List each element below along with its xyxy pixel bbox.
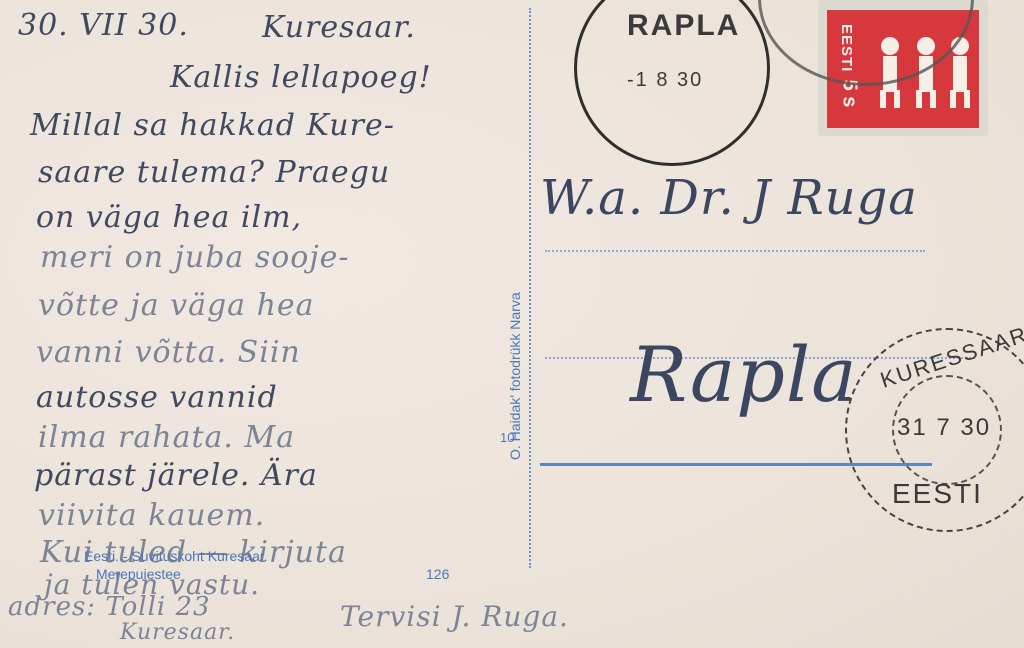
return-address-town: Kuresaar. bbox=[120, 620, 235, 645]
recipient-town: Rapla bbox=[630, 330, 858, 419]
address-line bbox=[545, 250, 925, 252]
message-date: 30. VII 30. bbox=[18, 8, 189, 43]
message-line: vanni võtta. Siin bbox=[36, 335, 301, 370]
message-line: on väga hea ilm, bbox=[36, 200, 302, 235]
divider-line bbox=[529, 8, 531, 568]
recipient-name: W.a. Dr. J Ruga bbox=[540, 170, 918, 226]
message-line: meri on juba sooje- bbox=[40, 240, 350, 275]
postmark-country: EESTI bbox=[892, 478, 983, 510]
message-line: ilma rahata. Ma bbox=[38, 420, 295, 455]
message-line: võtte ja väga hea bbox=[38, 288, 315, 323]
signature: Tervisi J. Ruga. bbox=[340, 600, 569, 633]
message-line: Kallis lellapoeg! bbox=[170, 60, 432, 95]
message-line: autosse vannid bbox=[36, 380, 278, 415]
publisher-imprint: O. Haidak' fotodrükk Narva bbox=[507, 292, 523, 460]
caption-line1: Eesti. - Suvituskoht Kuresaar. bbox=[84, 548, 268, 564]
message-line: Millal sa hakkad Kure- bbox=[30, 108, 395, 143]
message-place: Kuresaar. bbox=[262, 10, 416, 45]
message-line: pärast järele. Ära bbox=[34, 458, 318, 493]
return-address: adres: Tolli 23 bbox=[8, 592, 211, 622]
postmark-rapla: RAPLA -1 8 30 bbox=[574, 0, 770, 166]
postcard-back: 30. VII 30. Kuresaar. Kallis lellapoeg! … bbox=[0, 0, 1024, 648]
caption-number: 126 bbox=[426, 566, 449, 582]
postmark-date: -1 8 30 bbox=[627, 69, 703, 92]
message-line: saare tulema? Praegu bbox=[38, 155, 390, 190]
caption-line2: Merepuiestee bbox=[96, 566, 181, 582]
message-line: viivita kauem. bbox=[38, 498, 265, 533]
postmark-town: RAPLA bbox=[627, 9, 740, 43]
postmark-date: 31 7 30 bbox=[897, 414, 991, 442]
